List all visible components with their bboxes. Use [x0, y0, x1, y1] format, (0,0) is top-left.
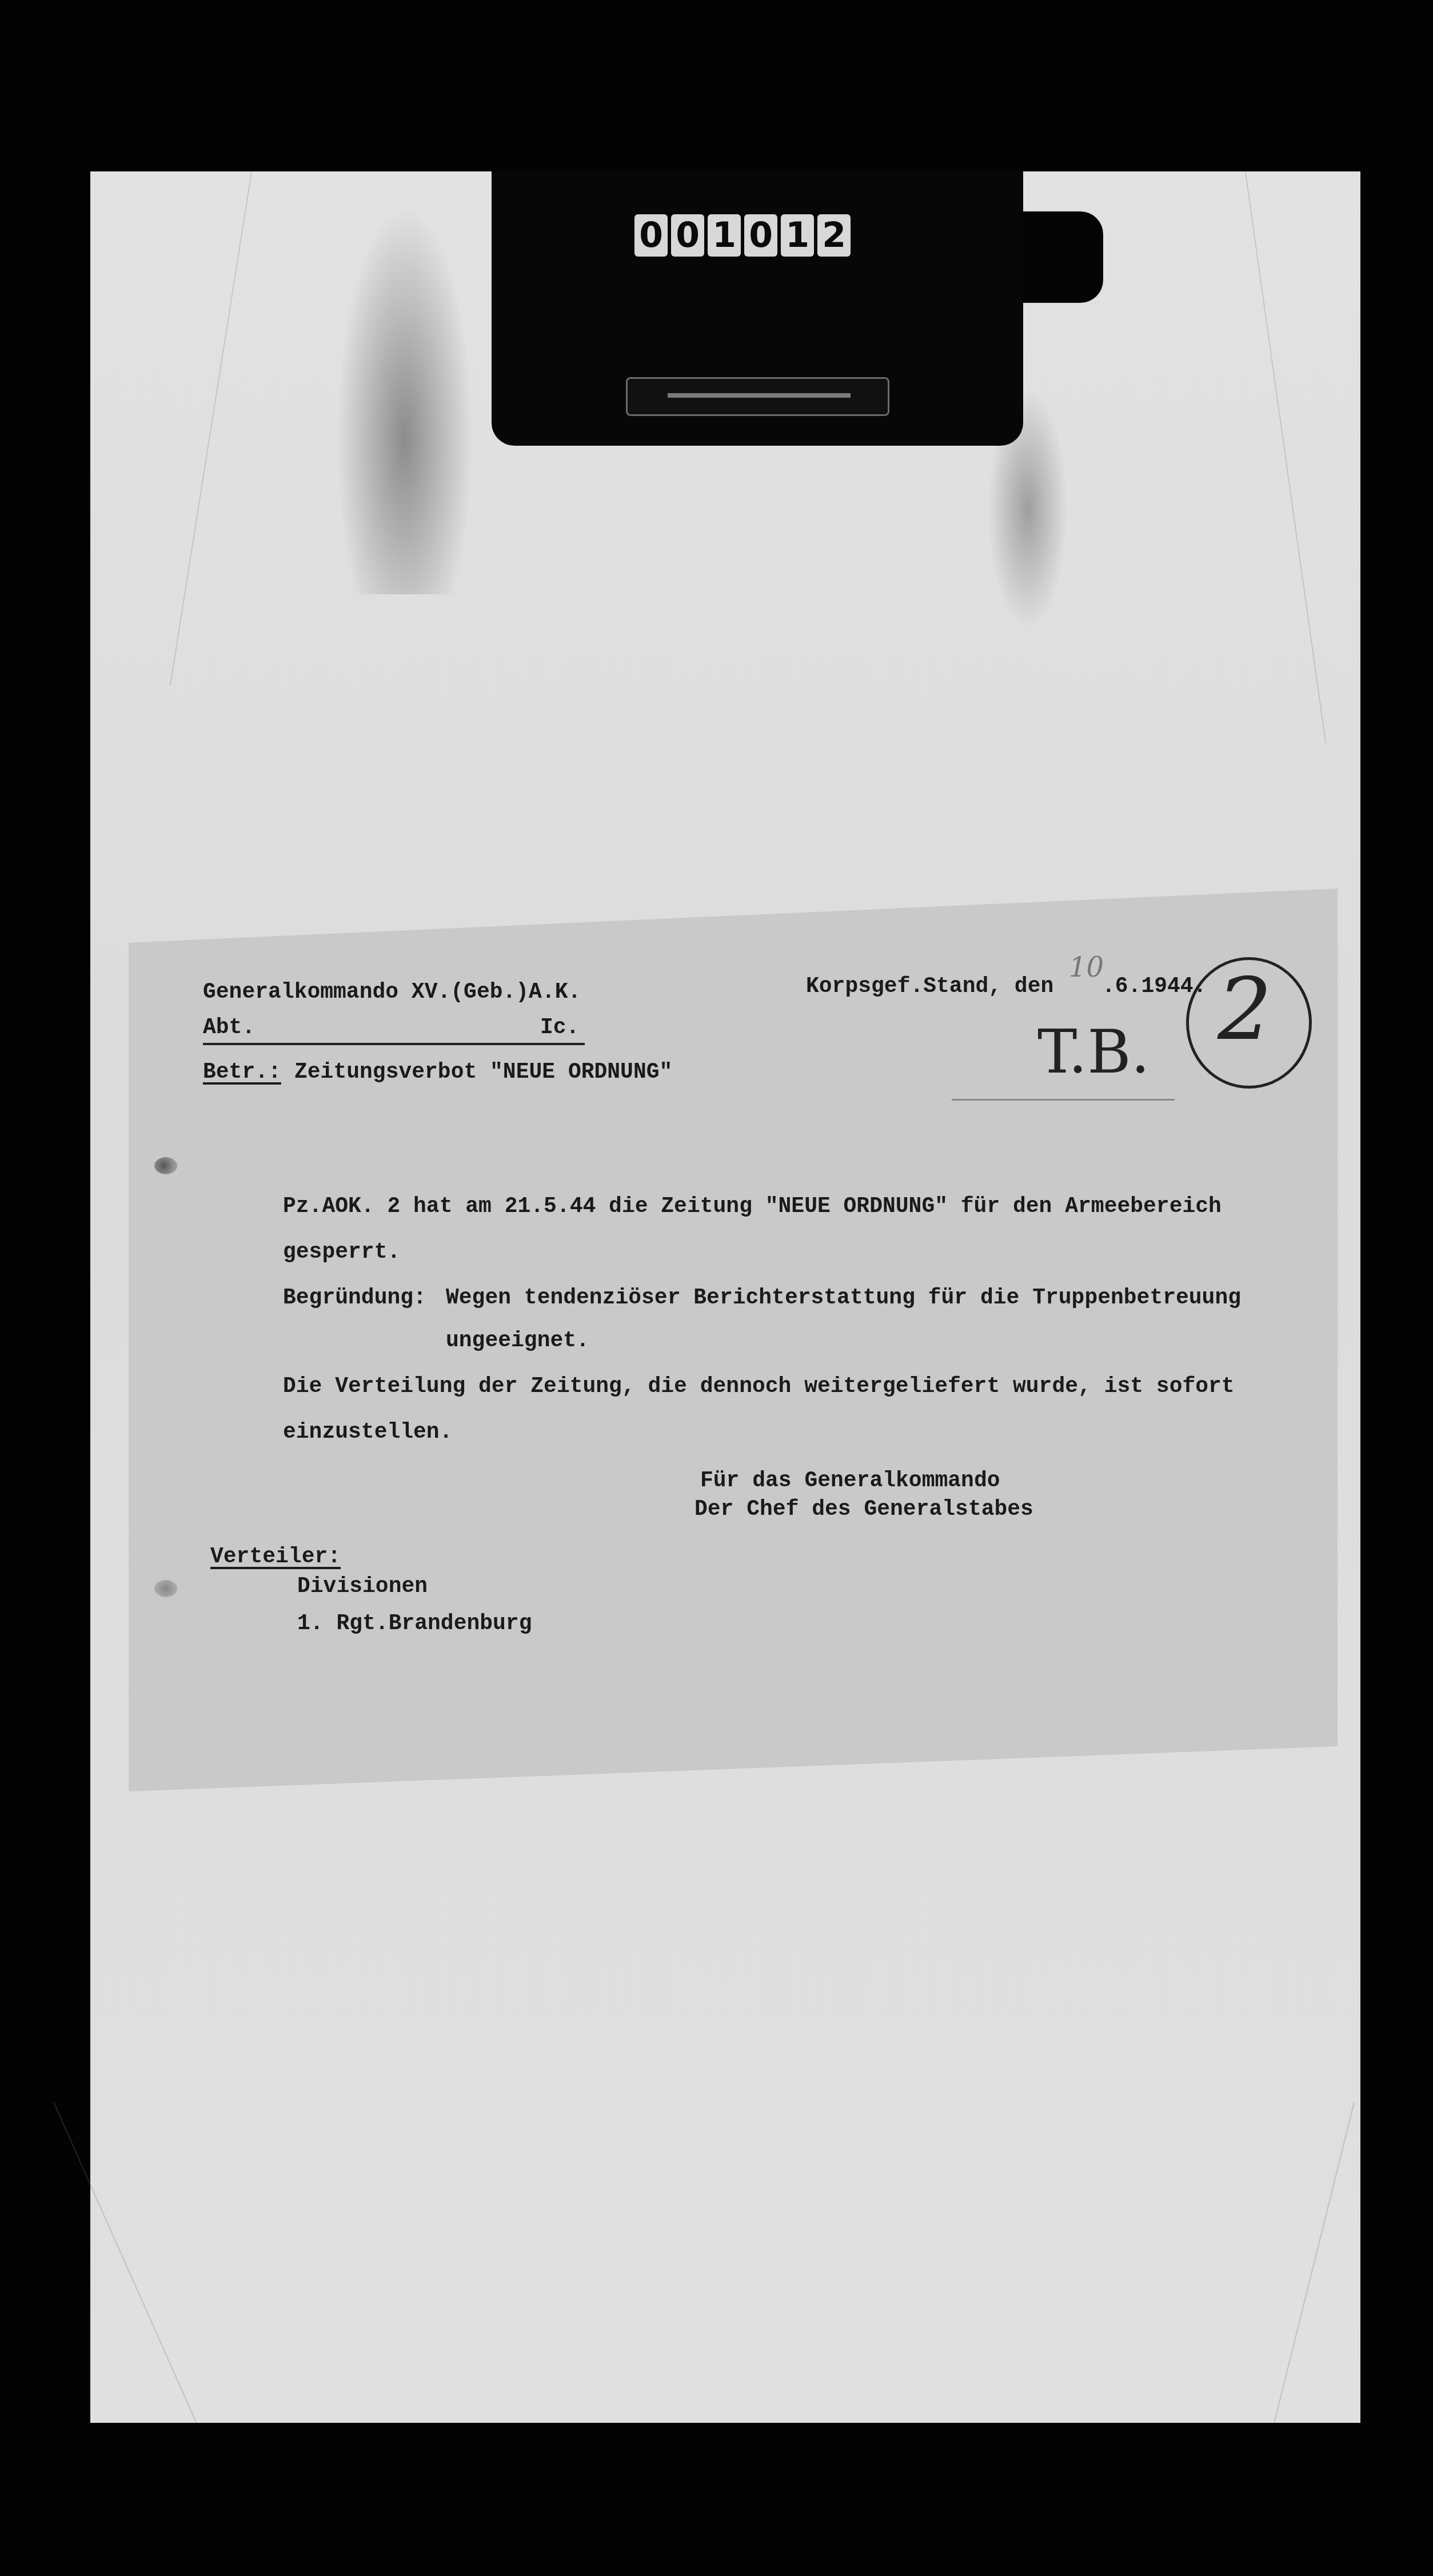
department-value: Ic. [540, 1015, 579, 1040]
circled-number: 2 [1218, 960, 1272, 1059]
subject-text: Zeitungsverbot "NEUE ORDNUNG" [294, 1060, 672, 1085]
body-line-1: Pz.AOK. 2 hat am 21.5.44 die Zeitung "NE… [283, 1194, 1222, 1219]
reason-label: Begründung: [283, 1286, 426, 1310]
counter-nameplate [626, 377, 889, 416]
reason-line-2: ungeeignet. [446, 1329, 589, 1353]
counter-digit: 0 [634, 214, 668, 257]
paper-crease [1274, 2103, 1355, 2423]
counter-digit: 2 [817, 214, 851, 257]
frame-counter: 0 0 1 0 1 2 [492, 171, 1023, 446]
order-line-2: einzustellen. [283, 1420, 452, 1445]
department-underline [203, 1043, 585, 1045]
counter-digit: 1 [708, 214, 741, 257]
punch-hole [154, 1157, 177, 1174]
signature-line-1: Für das Generalkommando [700, 1469, 1000, 1493]
counter-digits: 0 0 1 0 1 2 [634, 214, 851, 257]
subject-label: Betr.: [203, 1060, 281, 1085]
counter-digit: 1 [781, 214, 814, 257]
date-suffix: .6.1944. [1102, 974, 1206, 999]
counter-digit: 0 [671, 214, 704, 257]
distribution-recipient: Divisionen [297, 1574, 428, 1599]
punch-hole [154, 1580, 177, 1597]
handwritten-initials: T.B. [1037, 1017, 1150, 1087]
signature-line-2: Der Chef des Generalstabes [694, 1497, 1033, 1522]
order-line-1: Die Verteilung der Zeitung, die dennoch … [283, 1374, 1235, 1399]
shadow [336, 206, 473, 594]
handwritten-date-day: 10 [1069, 951, 1104, 983]
department-label: Abt. [203, 1015, 255, 1040]
counter-digit: 0 [744, 214, 777, 257]
paper-crease [1245, 171, 1327, 743]
paper-crease [170, 171, 253, 686]
faint-underline [952, 1099, 1175, 1101]
sender-line: Generalkommando XV.(Geb.)A.K. [203, 980, 581, 1005]
distribution-label: Verteiler: [210, 1545, 341, 1569]
paper-crease [53, 2103, 197, 2423]
location-date-prefix: Korpsgef.Stand, den [806, 974, 1053, 999]
body-line-2: gesperrt. [283, 1240, 400, 1265]
reason-line-1: Wegen tendenziöser Berichterstattung für… [446, 1286, 1241, 1310]
distribution-recipient: 1. Rgt.Brandenburg [297, 1611, 532, 1636]
document-slip: Generalkommando XV.(Geb.)A.K. Abt. Ic. B… [129, 889, 1338, 1791]
